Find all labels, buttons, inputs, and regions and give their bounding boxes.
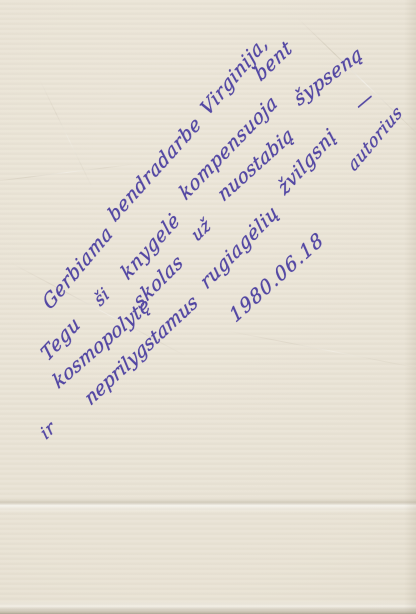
word-ir: ir bbox=[35, 415, 61, 447]
dash-flourish: — bbox=[350, 83, 378, 118]
paper-crease bbox=[225, 330, 416, 369]
paper-crease bbox=[0, 164, 134, 183]
word-uz: už bbox=[186, 212, 216, 249]
signature-autorius: autorius bbox=[343, 99, 408, 178]
paper-fold-line bbox=[0, 499, 416, 513]
paper-edge-shadow bbox=[404, 0, 416, 614]
paper-bottom-edge bbox=[0, 600, 416, 614]
paper-sheet: Gerbiama bendradarbe Virginija, Tegu ši … bbox=[0, 0, 416, 614]
paper-crease bbox=[40, 80, 94, 188]
word-si: ši bbox=[89, 281, 115, 313]
